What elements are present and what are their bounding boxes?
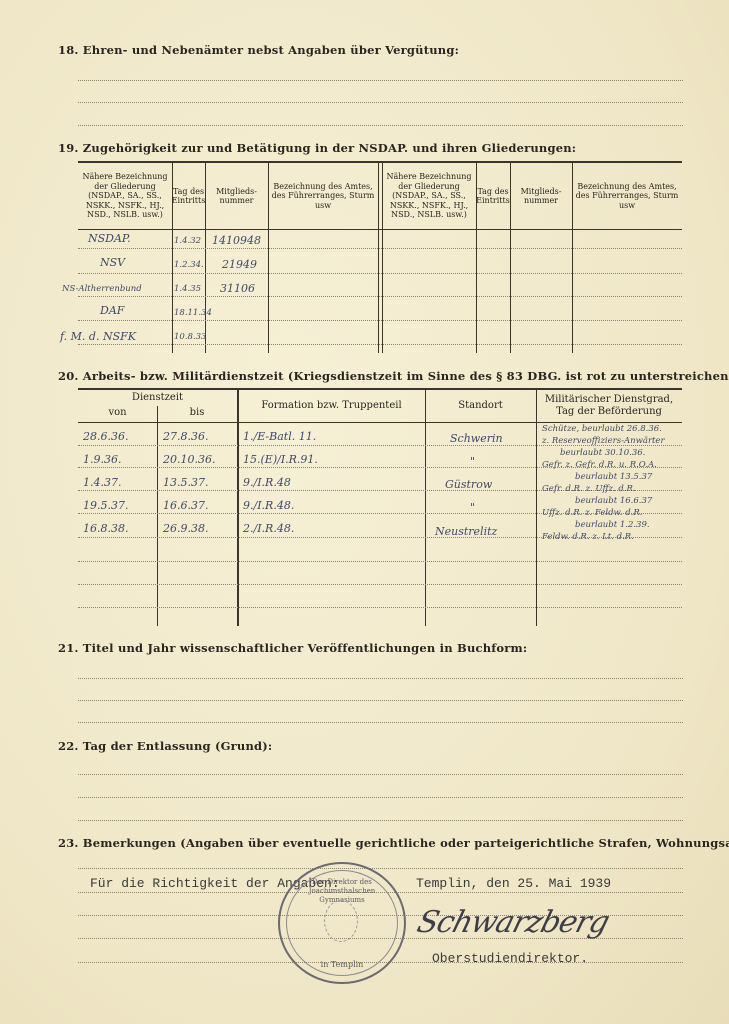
dienstgrad-cell: Gefr. d.R. z. Uffz. d.R. <box>542 484 636 494</box>
org-cell: NSV <box>100 256 125 269</box>
header-entry-date: Tag des Eintritts <box>172 164 205 228</box>
formation-cell: 9./I.R.48. <box>243 499 294 512</box>
von-cell: 28.6.36. <box>83 430 128 443</box>
dienstgrad-cell: beurlaubt 13.5.37 <box>575 472 652 482</box>
bis-cell: 20.10.36. <box>163 453 215 466</box>
header-office: Bezeichnung des Amtes, des Führerranges,… <box>268 164 378 228</box>
dienstgrad-cell: Uffz. d.R. z. Feldw. d.R. <box>542 508 642 518</box>
row-line <box>78 607 682 608</box>
stamp-bottom-text: in Templin <box>280 960 404 969</box>
header-formation: Formation bzw. Truppenteil <box>238 391 425 421</box>
formation-cell: 15.(E)/I.R.91. <box>243 453 318 466</box>
header-standort: Standort <box>425 391 536 421</box>
header-member-number: Mitglieds-nummer <box>205 164 268 228</box>
signatory-title: Oberstudiendirektor. <box>432 951 588 966</box>
org-cell: f. M. d. NSFK <box>60 330 136 343</box>
date-cell: 1.4.35 <box>174 284 201 294</box>
section-21-line-2 <box>78 700 683 701</box>
standort-cell: Güstrow <box>445 478 492 491</box>
header-organization-2: Nähere Bezeichnung der Gliederung (NSDAP… <box>382 164 476 228</box>
section-18-line-3 <box>78 125 683 126</box>
section-21-heading: 21. Titel und Jahr wissenschaftlicher Ve… <box>58 641 527 655</box>
official-stamp: Der Direktor des Joachimsthalschen Gymna… <box>278 862 406 984</box>
standort-cell: Schwerin <box>450 432 503 445</box>
section-18-heading: 18. Ehren- und Nebenämter nebst Angaben … <box>58 43 459 57</box>
row-line <box>78 273 682 274</box>
section-22-line-1 <box>78 774 683 775</box>
von-cell: 1.9.36. <box>83 453 121 466</box>
von-cell: 1.4.37. <box>83 476 121 489</box>
section-23-line-1 <box>78 868 683 869</box>
place-date-text: Templin, den 25. Mai 1939 <box>416 876 611 891</box>
standort-cell: " <box>470 501 475 514</box>
dienstgrad-cell: Schütze, beurlaubt 26.8.36. <box>542 424 662 434</box>
row-line <box>78 248 682 249</box>
header-bis: bis <box>157 406 237 420</box>
formation-cell: 1./E-Batl. 11. <box>243 430 316 443</box>
header-member-number-2: Mitglieds-nummer <box>510 164 572 228</box>
header-von: von <box>78 406 157 420</box>
col-divider <box>536 390 537 626</box>
standort-cell: " <box>470 455 475 468</box>
section-18-line-1 <box>78 80 683 81</box>
dienstgrad-cell: beurlaubt 30.10.36. <box>560 448 645 458</box>
signature: Schwarzberg <box>413 905 612 940</box>
section-23-heading: 23. Bemerkungen (Angaben über eventuelle… <box>58 836 729 850</box>
col-divider <box>425 390 426 626</box>
stamp-emblem-placeholder <box>324 900 358 942</box>
von-cell: 19.5.37. <box>83 499 128 512</box>
org-cell: NSDAP. <box>88 232 131 245</box>
table-top-rule <box>78 388 682 390</box>
dienstgrad-cell: Gefr. z. Gefr. d.R. u. R.O.A. <box>542 460 657 470</box>
number-cell: 31106 <box>220 282 255 295</box>
org-cell: DAF <box>100 304 124 317</box>
section-22-line-2 <box>78 797 683 798</box>
bis-cell: 27.8.36. <box>163 430 208 443</box>
bis-cell: 16.6.37. <box>163 499 208 512</box>
number-cell: 21949 <box>222 258 257 271</box>
number-cell: 1410948 <box>212 234 261 247</box>
section-19-heading: 19. Zugehörigkeit zur und Betätigung in … <box>58 141 576 155</box>
col-divider <box>237 390 239 626</box>
dienstgrad-cell: z. Reserveoffiziers-Anwärter <box>542 436 665 446</box>
formation-cell: 2./I.R.48. <box>243 522 294 535</box>
bis-cell: 13.5.37. <box>163 476 208 489</box>
section-18-line-2 <box>78 102 683 103</box>
bis-cell: 26.9.38. <box>163 522 208 535</box>
table-header-rule <box>78 422 682 423</box>
dienstgrad-cell: beurlaubt 1.2.39. <box>575 520 650 530</box>
dienstgrad-cell: beurlaubt 16.6.37 <box>575 496 652 506</box>
header-dienstgrad: Militärischer Dienstgrad, Tag der Beförd… <box>536 391 682 421</box>
date-cell: 18.11.34 <box>174 308 212 318</box>
von-cell: 16.8.38. <box>83 522 128 535</box>
section-22-line-3 <box>78 820 683 821</box>
header-office-2: Bezeichnung des Amtes, des Führerranges,… <box>572 164 682 228</box>
formation-cell: 9./I.R.48 <box>243 476 291 489</box>
dienstgrad-cell: Feldw. d.R. z. Lt. d.R. <box>542 532 634 542</box>
standort-cell: Neustrelitz <box>435 525 497 538</box>
date-cell: 1.4.32 <box>174 236 201 246</box>
section-21-line-1 <box>78 678 683 679</box>
row-line <box>78 561 682 562</box>
date-cell: 1.2.34. <box>174 260 204 270</box>
section-22-heading: 22. Tag der Entlassung (Grund): <box>58 739 272 753</box>
row-line <box>78 320 682 321</box>
row-line <box>78 584 682 585</box>
date-cell: 10.8.33 <box>174 332 206 342</box>
header-organization: Nähere Bezeichnung der Gliederung (NSDAP… <box>78 164 172 228</box>
section-20-heading: 20. Arbeits- bzw. Militärdienstzeit (Kri… <box>58 369 729 383</box>
header-dienstzeit: Dienstzeit <box>78 391 237 405</box>
row-line <box>78 296 682 297</box>
header-entry-date-2: Tag des Eintritts <box>476 164 510 228</box>
section-21-line-3 <box>78 722 683 723</box>
row-line <box>78 344 682 345</box>
org-cell: NS-Altherrenbund <box>62 284 142 294</box>
col-divider <box>157 406 158 626</box>
document-page: 18. Ehren- und Nebenämter nebst Angaben … <box>0 0 729 1024</box>
